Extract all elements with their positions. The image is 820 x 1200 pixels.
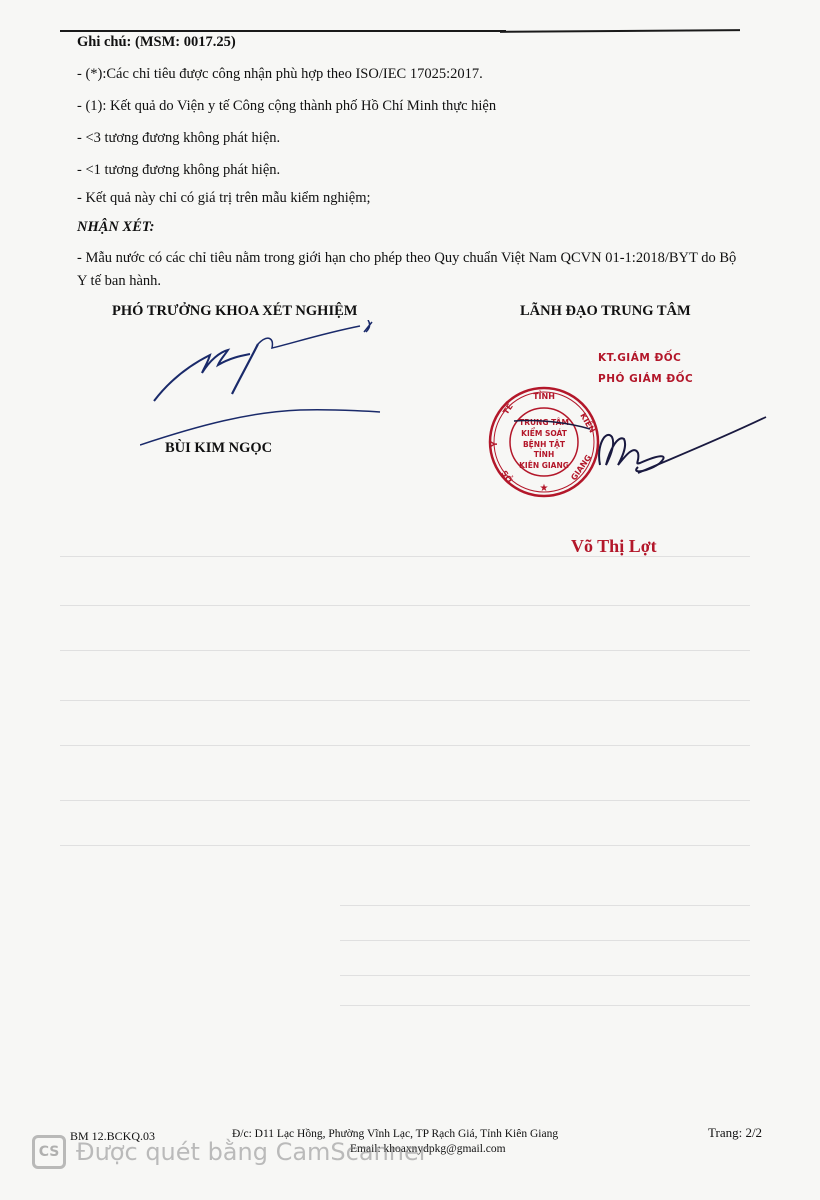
svg-text:TỈNH: TỈNH <box>533 390 555 401</box>
role-line-2: PHÓ GIÁM ĐỐC <box>598 373 693 385</box>
left-signatory-title: PHÓ TRƯỞNG KHOA XÉT NGHIỆM <box>112 303 357 320</box>
svg-text:Y: Y <box>490 441 499 448</box>
document-page: Ghi chú: (MSM: 0017.25) - (*):Các chỉ ti… <box>0 0 820 1200</box>
bleed-through-line <box>340 905 750 906</box>
header-rule <box>500 29 740 33</box>
note-item: - Kết quả này chỉ có giá trị trên mẫu ki… <box>77 190 371 207</box>
bleed-through-line <box>60 845 750 846</box>
note-item: - (1): Kết quả do Viện y tế Công cộng th… <box>77 98 496 115</box>
left-signatory-name: BÙI KIM NGỌC <box>165 440 272 457</box>
right-signatory-name: Võ Thị Lợt <box>571 536 657 557</box>
camscanner-watermark: CS Được quét bằng CamScanner <box>32 1135 429 1169</box>
bleed-through-line <box>60 800 750 801</box>
remark-text: - Mẫu nước có các chỉ tiêu nằm trong giớ… <box>77 247 747 293</box>
camscanner-logo-icon: CS <box>32 1135 66 1169</box>
bleed-through-line <box>340 975 750 976</box>
bleed-through-line <box>60 605 750 606</box>
note-item: - (*):Các chỉ tiêu được công nhận phù hợ… <box>77 66 483 83</box>
header-rule <box>60 30 506 32</box>
camscanner-text: Được quét bằng CamScanner <box>76 1138 429 1166</box>
bleed-through-line <box>60 650 750 651</box>
bleed-through-line <box>60 745 750 746</box>
remark-title: NHẬN XÉT: <box>77 219 154 236</box>
right-signature-icon <box>510 415 770 495</box>
bleed-through-line <box>340 1005 750 1006</box>
left-signature-icon <box>140 320 420 460</box>
role-line-1: KT.GIÁM ĐỐC <box>598 352 681 364</box>
bleed-through-line <box>60 700 750 701</box>
note-item: - <3 tương đương không phát hiện. <box>77 130 280 147</box>
notes-title: Ghi chú: (MSM: 0017.25) <box>77 34 236 51</box>
bleed-through-line <box>340 940 750 941</box>
right-signatory-title: LÃNH ĐẠO TRUNG TÂM <box>520 303 691 320</box>
note-item: - <1 tương đương không phát hiện. <box>77 162 280 179</box>
page-number: Trang: 2/2 <box>708 1125 762 1141</box>
